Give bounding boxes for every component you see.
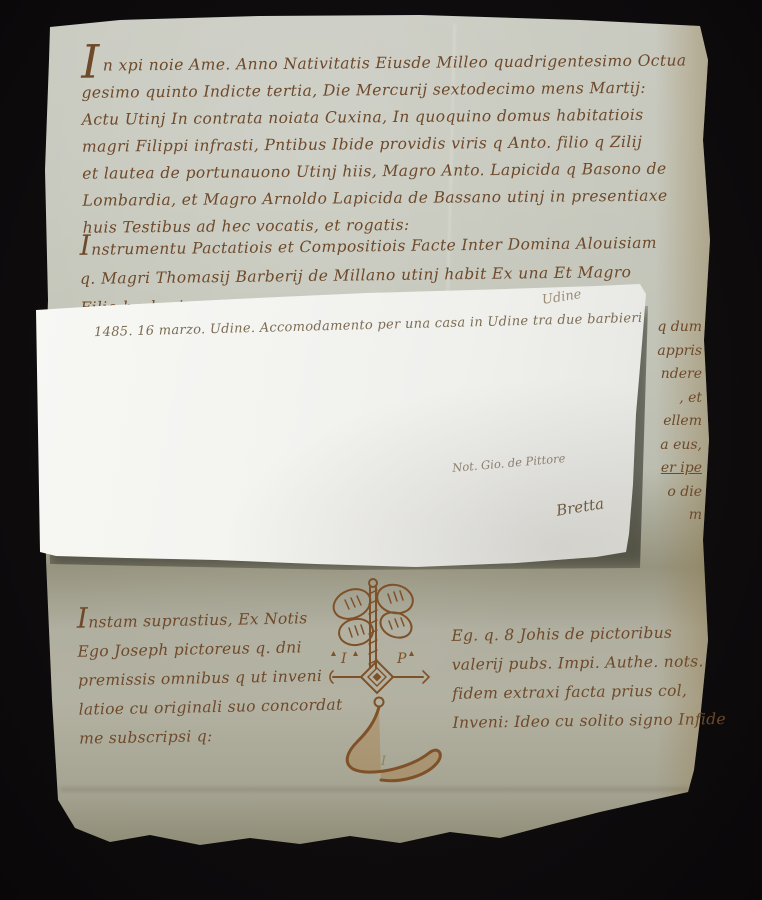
manuscript-line: fidem extraxi facta prius col, [452, 676, 714, 709]
signum-right-initial: P [396, 651, 407, 667]
manuscript-photo: In xpi noie Ame. Anno Nativitatis Eiusde… [0, 0, 762, 900]
slip-notary-note: Not. Gio. de Pittore [452, 451, 566, 475]
manuscript-line: Inveni: Ideo cu solito signo Infide [452, 705, 714, 738]
signum-triangle [409, 651, 414, 656]
manuscript-line: Lombardia, et Magro Arnoldo Lapicida de … [82, 182, 710, 214]
slip-date-note: 1485. 16 marzo. Udine. Accomodamento per… [94, 311, 643, 340]
signum-knob [369, 579, 377, 587]
paragraph-1: In xpi noie Ame. Anno Nativitatis Eiusde… [81, 47, 711, 241]
manuscript-line: valerij pubs. Impi. Authe. nots. [452, 647, 714, 680]
archival-slip: 1485. 16 marzo. Udine. Accomodamento per… [36, 284, 650, 576]
manuscript-line: Eg. q. 8 Johis de pictoribus [451, 618, 713, 651]
slip-corner-note: Udine [541, 287, 582, 308]
paragraph-3-right: Eg. q. 8 Johis de pictoribus valerij pub… [451, 618, 715, 738]
manuscript-line: me subscripsi q: [79, 719, 360, 753]
manuscript-line: latioe cu originali suo concordat [78, 690, 359, 724]
slip-signature-note: Bretta [555, 494, 605, 519]
folio-mark: I [381, 754, 386, 769]
paragraph-3-left: Instam suprastius, Ex Notis Ego Joseph p… [77, 601, 360, 753]
signum-petal [377, 608, 416, 642]
